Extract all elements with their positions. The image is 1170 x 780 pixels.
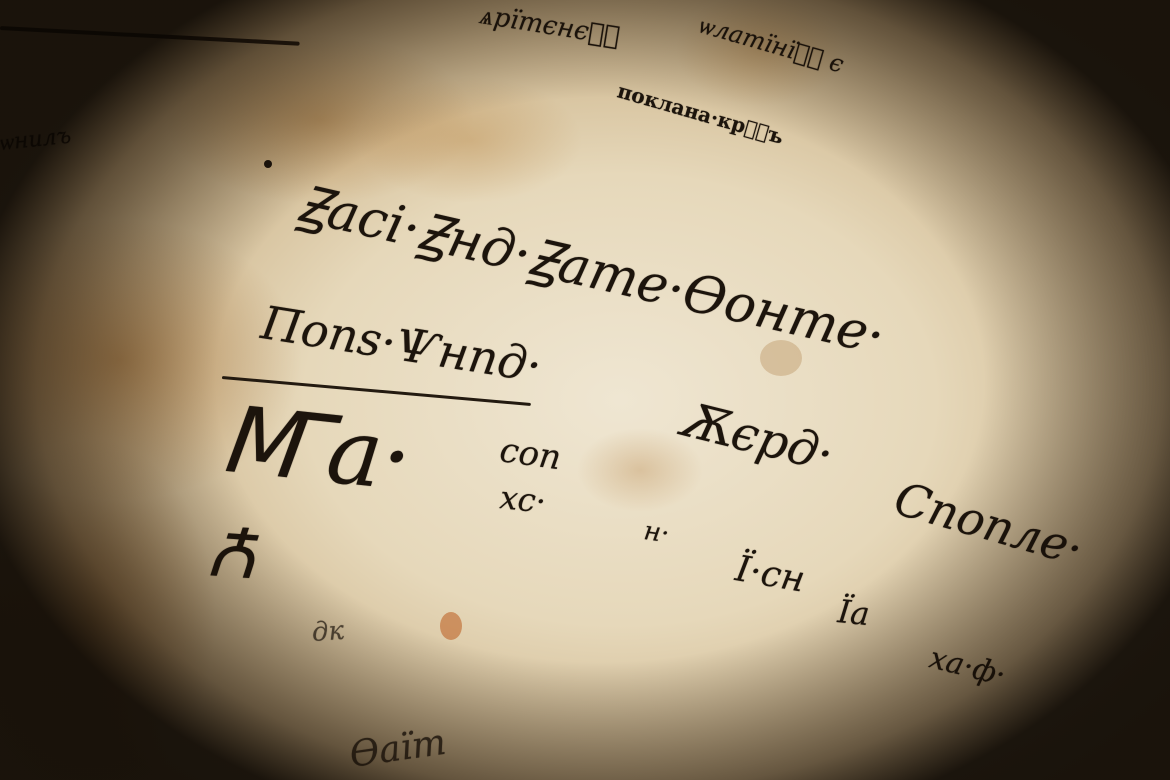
heading-small-text: поклана·крⷭ҇ъ <box>615 78 787 148</box>
bottom-fragment-text: Ѳаїт <box>347 722 448 776</box>
top-rule-line <box>0 26 300 46</box>
sub-1-text: соп <box>497 430 563 478</box>
sub-2-text: хс· <box>498 478 548 521</box>
sub-4-text: Ї·сн <box>732 548 808 600</box>
left-margin-text: ѡнилъ <box>0 123 72 156</box>
flourish-l-text: Ꙉ <box>203 500 261 599</box>
initial-m-text: Ꙧа· <box>214 385 417 512</box>
sub-6-text: ха·ф· <box>926 641 1010 694</box>
top-right-fragment-text: ѡлатїнїⷭ҇ є <box>696 11 847 80</box>
ink-dot <box>264 160 272 168</box>
sub-5-text: Їа <box>836 592 872 633</box>
right-word-text: Спопле· <box>889 471 1090 576</box>
small-dk-text: дк <box>311 616 345 648</box>
line-2-text: Попѕ·Ѱнпд· <box>258 295 546 393</box>
manuscript-photo: ѧрїтєнєⷭ҇ ѡлатїнїⷭ҇ є поклана·крⷭ҇ъ ѡнил… <box>0 0 1170 780</box>
line-3-text: Ѫєрд· <box>673 391 839 483</box>
ink-stain <box>440 612 462 640</box>
sub-3-text: н· <box>642 516 671 549</box>
top-fragment-text: ѧрїтєнєⷭ҇ <box>478 0 622 52</box>
